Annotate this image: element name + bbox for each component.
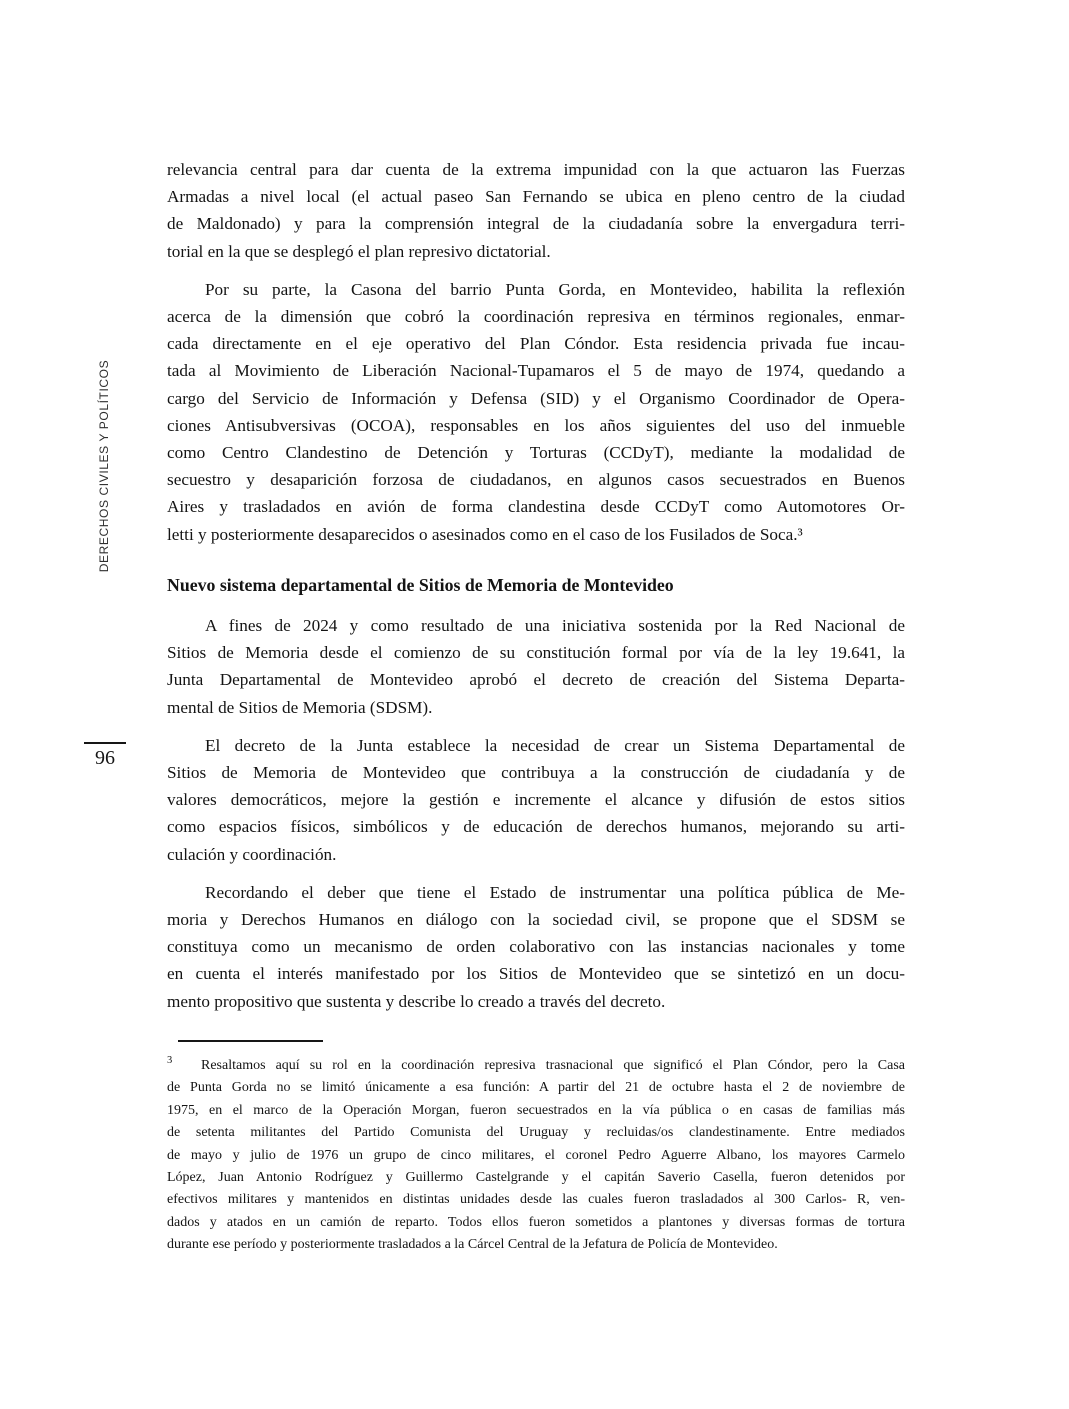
text-line: como espacios físicos, simbólicos y de e… xyxy=(167,813,905,840)
text-line: cada directamente en el eje operativo de… xyxy=(167,330,905,357)
section-label-vertical: DERECHOS CIVILES Y POLÍTICOS xyxy=(97,360,111,572)
text-line: moria y Derechos Humanos en diálogo con … xyxy=(167,906,905,933)
text-line: como Centro Clandestino de Detención y T… xyxy=(167,439,905,466)
paragraph: El decreto de la Junta establece la nece… xyxy=(167,732,905,868)
footnote-line: dados y atados en un camión de reparto. … xyxy=(167,1212,905,1234)
text-line: torial en la que se desplegó el plan rep… xyxy=(167,238,905,265)
text-line: Sitios de Memoria de Montevideo que cont… xyxy=(167,759,905,786)
text-line: valores democráticos, mejore la gestión … xyxy=(167,786,905,813)
footnote-line: de mayo y julio de 1976 un grupo de cinc… xyxy=(167,1145,905,1167)
page-number-block: 96 xyxy=(84,742,126,770)
body-text-column: relevancia central para dar cuenta de la… xyxy=(167,156,905,1026)
text-line: acerca de la dimensión que cobró la coor… xyxy=(167,303,905,330)
footnote-line: López, Juan Antonio Rodríguez y Guillerm… xyxy=(167,1167,905,1189)
text-line: relevancia central para dar cuenta de la… xyxy=(167,156,905,183)
paragraph: Por su parte, la Casona del barrio Punta… xyxy=(167,276,905,548)
text-line: A fines de 2024 y como resultado de una … xyxy=(167,612,905,639)
section-heading: Nuevo sistema departamental de Sitios de… xyxy=(167,572,905,599)
text-line: Armadas a nivel local (el actual paseo S… xyxy=(167,183,905,210)
text-line: mento propositivo que sustenta y describ… xyxy=(167,988,905,1015)
footnote-line: 1975, en el marco de la Operación Morgan… xyxy=(167,1100,905,1122)
text-line: Junta Departamental de Montevideo aprobó… xyxy=(167,666,905,693)
footnote-line: durante ese período y posteriormente tra… xyxy=(167,1234,905,1256)
footnote-text: 3Resaltamos aquí su rol en la coordinaci… xyxy=(167,1050,905,1257)
footnote-line: de setenta militantes del Partido Comuni… xyxy=(167,1122,905,1144)
page-number-rule xyxy=(84,742,126,744)
text-line: en cuenta el interés manifestado por los… xyxy=(167,960,905,987)
paragraph: A fines de 2024 y como resultado de una … xyxy=(167,612,905,721)
footnote-line: de Punta Gorda no se limitó únicamente a… xyxy=(167,1077,905,1099)
text-line: letti y posteriormente desaparecidos o a… xyxy=(167,521,905,548)
footnote-marker: 3 xyxy=(167,1050,201,1072)
footnote-line: efectivos militares y mantenidos en dist… xyxy=(167,1189,905,1211)
text-line: Sitios de Memoria desde el comienzo de s… xyxy=(167,639,905,666)
page-number: 96 xyxy=(84,746,126,770)
text-line: Aires y trasladados en avión de forma cl… xyxy=(167,493,905,520)
text-line: Por su parte, la Casona del barrio Punta… xyxy=(167,276,905,303)
text-line: cargo del Servicio de Información y Defe… xyxy=(167,385,905,412)
footnote-line: 3Resaltamos aquí su rol en la coordinaci… xyxy=(167,1050,905,1077)
paragraph: Recordando el deber que tiene el Estado … xyxy=(167,879,905,1015)
text-line: culación y coordinación. xyxy=(167,841,905,868)
document-page: DERECHOS CIVILES Y POLÍTICOS 96 relevanc… xyxy=(0,0,1069,1409)
text-line: El decreto de la Junta establece la nece… xyxy=(167,732,905,759)
text-line: secuestro y desaparición forzosa de ciud… xyxy=(167,466,905,493)
text-line: Recordando el deber que tiene el Estado … xyxy=(167,879,905,906)
text-line: constituya como un mecanismo de orden co… xyxy=(167,933,905,960)
footnote-block: 3Resaltamos aquí su rol en la coordinaci… xyxy=(167,1040,905,1257)
footnote-rule xyxy=(178,1040,323,1042)
paragraph: relevancia central para dar cuenta de la… xyxy=(167,156,905,265)
text-line: ciones Antisubversivas (OCOA), responsab… xyxy=(167,412,905,439)
text-line: tada al Movimiento de Liberación Naciona… xyxy=(167,357,905,384)
text-line: de Maldonado) y para la comprensión inte… xyxy=(167,210,905,237)
text-line: mental de Sitios de Memoria (SDSM). xyxy=(167,694,905,721)
